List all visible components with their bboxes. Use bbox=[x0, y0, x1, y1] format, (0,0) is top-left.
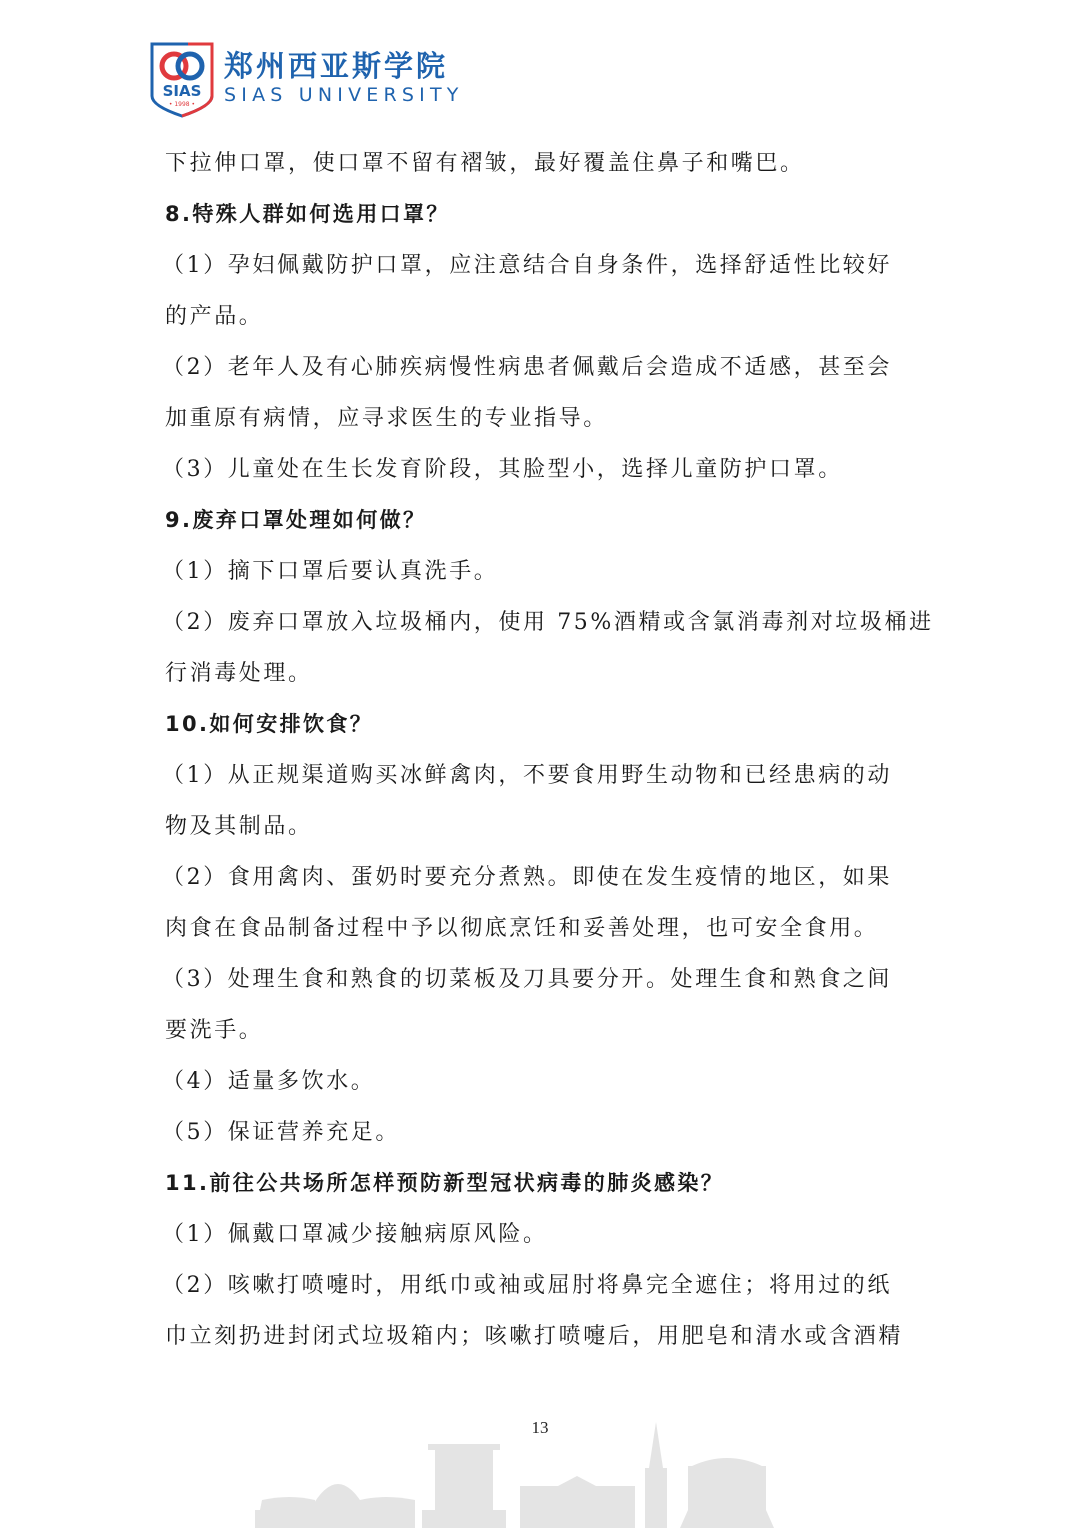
svg-text:SIAS: SIAS bbox=[163, 82, 202, 100]
list-item: （2）老年人及有心肺疾病慢性病患者佩戴后会造成不适感，甚至会 bbox=[165, 342, 915, 393]
paragraph-line: 要洗手。 bbox=[165, 1005, 915, 1056]
paragraph-line: 加重原有病情，应寻求医生的专业指导。 bbox=[165, 393, 915, 444]
university-name-cn: 郑州西亚斯学院 bbox=[224, 50, 464, 82]
list-item: （5）保证营养充足。 bbox=[165, 1107, 915, 1158]
university-name-en: SIAS UNIVERSITY bbox=[224, 84, 464, 106]
paragraph-line: 的产品。 bbox=[165, 291, 915, 342]
list-item: （1）孕妇佩戴防护口罩，应注意结合自身条件，选择舒适性比较好 bbox=[165, 240, 915, 291]
list-item: （3）处理生食和熟食的切菜板及刀具要分开。处理生食和熟食之间 bbox=[165, 954, 915, 1005]
list-item: （2）咳嗽打喷嚏时，用纸巾或袖或屈肘将鼻完全遮住；将用过的纸 bbox=[165, 1260, 915, 1311]
document-header: SIAS • 1998 • 郑州西亚斯学院 SIAS UNIVERSITY bbox=[148, 40, 464, 120]
sias-logo-icon: SIAS • 1998 • bbox=[148, 40, 216, 118]
list-item: （4）适量多饮水。 bbox=[165, 1056, 915, 1107]
svg-text:• 1998 •: • 1998 • bbox=[169, 101, 195, 108]
campus-skyline-icon bbox=[250, 1418, 870, 1528]
list-item: （2）废弃口罩放入垃圾桶内，使用 75%酒精或含氯消毒剂对垃圾桶进 bbox=[165, 597, 915, 648]
section-heading: 8.特殊人群如何选用口罩？ bbox=[165, 189, 915, 240]
document-body: 下拉伸口罩，使口罩不留有褶皱，最好覆盖住鼻子和嘴巴。8.特殊人群如何选用口罩？（… bbox=[165, 138, 915, 1362]
section-heading: 11.前往公共场所怎样预防新型冠状病毒的肺炎感染？ bbox=[165, 1158, 915, 1209]
university-name: 郑州西亚斯学院 SIAS UNIVERSITY bbox=[224, 50, 464, 106]
paragraph-line: 巾立刻扔进封闭式垃圾箱内；咳嗽打喷嚏后，用肥皂和清水或含酒精 bbox=[165, 1311, 915, 1362]
list-item: （2）食用禽肉、蛋奶时要充分煮熟。即使在发生疫情的地区，如果 bbox=[165, 852, 915, 903]
list-item: （1）佩戴口罩减少接触病原风险。 bbox=[165, 1209, 915, 1260]
list-item: （3）儿童处在生长发育阶段，其脸型小，选择儿童防护口罩。 bbox=[165, 444, 915, 495]
list-item: （1）从正规渠道购买冰鲜禽肉，不要食用野生动物和已经患病的动 bbox=[165, 750, 915, 801]
paragraph-line: 物及其制品。 bbox=[165, 801, 915, 852]
section-heading: 10.如何安排饮食？ bbox=[165, 699, 915, 750]
paragraph-line: 下拉伸口罩，使口罩不留有褶皱，最好覆盖住鼻子和嘴巴。 bbox=[165, 138, 915, 189]
paragraph-line: 行消毒处理。 bbox=[165, 648, 915, 699]
list-item: （1）摘下口罩后要认真洗手。 bbox=[165, 546, 915, 597]
paragraph-line: 肉食在食品制备过程中予以彻底烹饪和妥善处理，也可安全食用。 bbox=[165, 903, 915, 954]
section-heading: 9.废弃口罩处理如何做？ bbox=[165, 495, 915, 546]
